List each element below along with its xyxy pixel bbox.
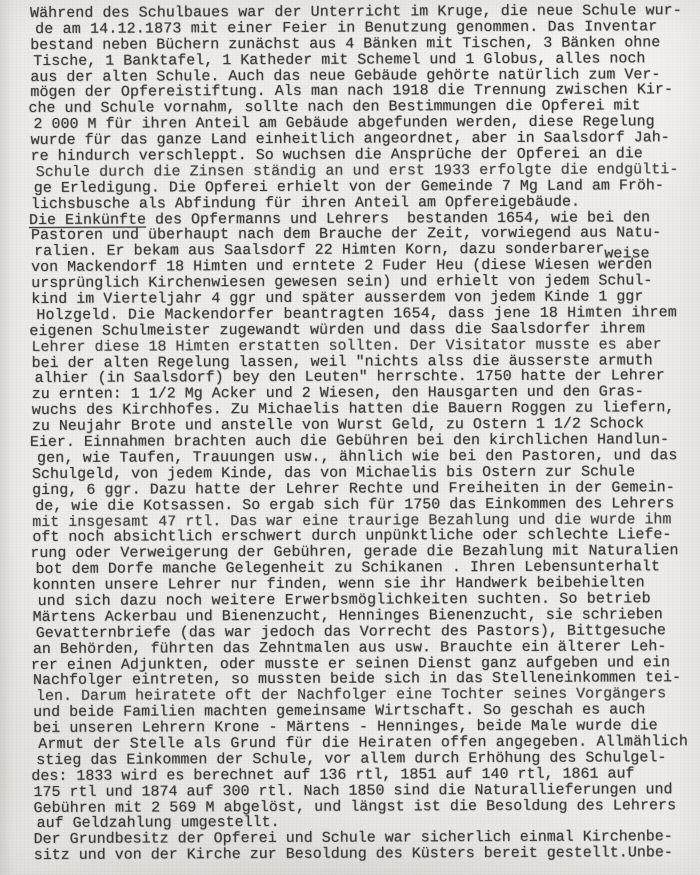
text-line: mit insgesamt 47 rtl. Das war eine traur… [32,512,698,531]
document-text: Während des Schulbaues war der Unterrich… [30,3,700,864]
text-segment: Schule durch die Zinsen ständig an und e… [36,161,679,181]
text-segment: Lehrer diese 18 Himten erstatten sollten… [31,336,661,356]
text-segment: len. Darum heiratete oft der Nachfolger … [36,686,666,706]
text-segment: sitz und von der Kirche zur Besoldung de… [34,844,673,864]
text-line: sitz und von der Kirche zur Besoldung de… [34,845,700,864]
text-line: len. Darum heiratete oft der Nachfolger … [36,686,699,705]
text-line: Schule durch die Zinsen ständig an und e… [36,162,697,181]
document-page: Während des Schulbaues war der Unterrich… [0,0,700,875]
text-segment: mit insgesamt 47 rtl. Das war eine traur… [32,511,671,531]
text-line: Lehrer diese 18 Himten erstatten sollten… [31,337,697,356]
text-segment: weise [604,246,649,263]
text-segment: Gebühren mit 2 569 M abgelöst, und längs… [33,797,676,817]
